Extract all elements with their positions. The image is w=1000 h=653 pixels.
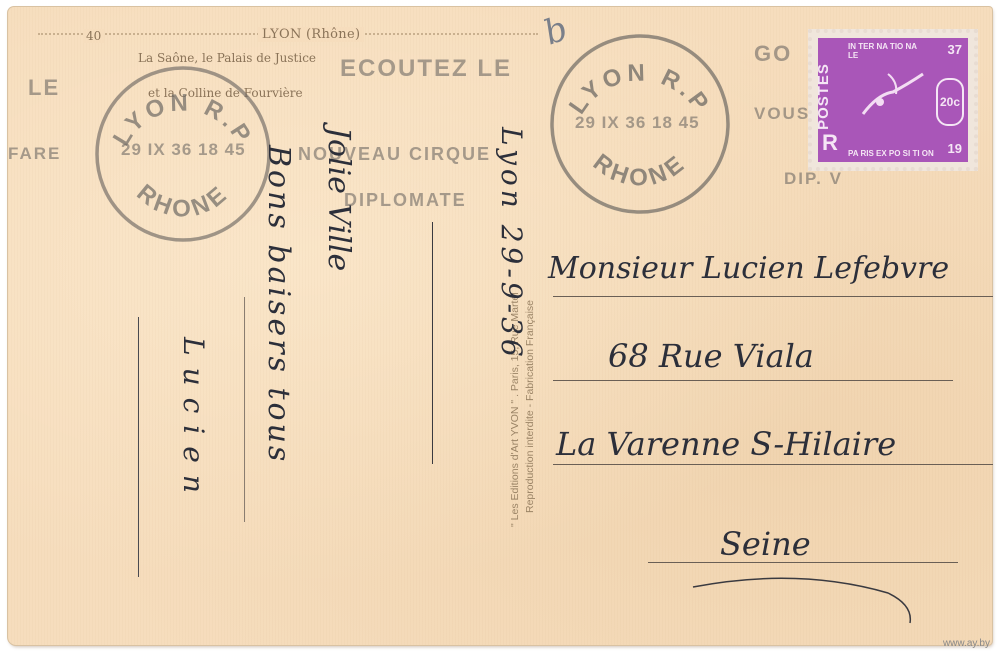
- card-number: 40: [83, 29, 104, 43]
- slogan-left-fragment2: FARE: [8, 144, 61, 164]
- address-rule-2: [553, 380, 953, 381]
- postmark-left-date: 29 IX 36 18 45: [121, 140, 246, 160]
- stamp-text-bottom: PA RIS EX PO SI TI ON: [848, 149, 934, 158]
- slogan-right-fragment1: GO: [754, 41, 792, 67]
- slogan-right-fragment2: VOUS: [754, 104, 810, 124]
- svg-text:LYON R.P: LYON R.P: [564, 59, 716, 119]
- stamp-year-right: 37: [948, 42, 962, 57]
- address-flourish: [688, 575, 928, 625]
- message-line1: Jolie Ville: [321, 127, 356, 271]
- message-signature: Lucien: [177, 337, 210, 505]
- address-line2: 68 Rue Viala: [608, 337, 814, 375]
- signature-flourish-line: [138, 317, 139, 577]
- stamp-text-top: IN TER NA TIO NA LE: [848, 42, 928, 60]
- slogan-right-fragment3: DIP. V: [784, 169, 843, 189]
- slogan-left-fragment1: LE: [28, 75, 60, 101]
- stamp-country: POSTES: [815, 63, 832, 130]
- address-line3: La Varenne S-Hilaire: [556, 425, 896, 463]
- slogan-line3: DIPLOMATE: [344, 190, 467, 211]
- message-line2: Bons baisers tous: [261, 145, 296, 464]
- stamp-year-left: 19: [948, 141, 962, 156]
- card-title: LYON (Rhône): [258, 27, 364, 42]
- postcard-back: 40 LYON (Rhône) La Saône, le Palais de J…: [8, 7, 992, 645]
- message-flourish-line: [432, 222, 433, 464]
- address-rule-4: [648, 562, 958, 563]
- stamp-value: 20c: [936, 78, 964, 126]
- svg-text:RHONE: RHONE: [588, 149, 692, 192]
- message-guide-line: [244, 297, 245, 522]
- stamp-letter: R: [822, 130, 838, 156]
- address-rule-3: [553, 464, 993, 465]
- postmark-right-date: 29 IX 36 18 45: [575, 113, 700, 133]
- slogan-line1: ECOUTEZ LE: [340, 55, 512, 83]
- message-place-date: Lyon 29-9-36: [495, 127, 528, 361]
- stamp-image: R POSTES IN TER NA TIO NA LE PA RIS EX P…: [818, 38, 968, 162]
- svg-text:RHONE: RHONE: [132, 179, 235, 222]
- watermark: www.ay.by: [943, 638, 990, 649]
- postmark-left: LYON R.P RHONE 29 IX 36 18 45: [93, 62, 273, 242]
- postmark-right: LYON R.P RHONE 29 IX 36 18 45: [545, 27, 735, 217]
- address-rule-1: [553, 296, 993, 297]
- address-line1: Monsieur Lucien Lefebvre: [548, 251, 949, 286]
- postage-stamp: R POSTES IN TER NA TIO NA LE PA RIS EX P…: [808, 29, 978, 171]
- stamp-figure-icon: [858, 64, 928, 124]
- address-line4: Seine: [720, 525, 811, 563]
